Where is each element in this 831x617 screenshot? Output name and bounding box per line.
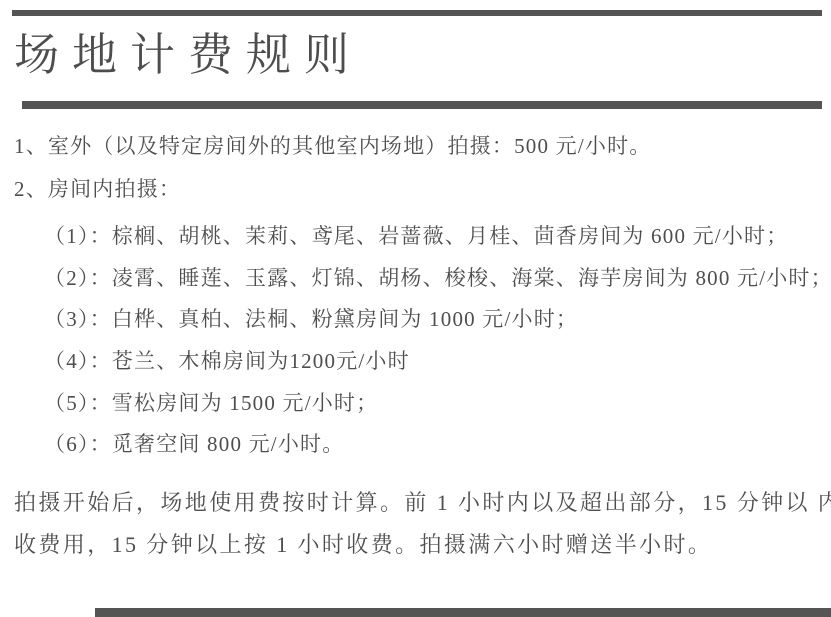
top-divider [12,10,822,16]
pricing-rules-document: 场地计费规则 1、室外（以及特定房间外的其他室内场地）拍摄：500 元/小时。 … [0,0,831,617]
page-title: 场地计费规则 [14,26,362,85]
room-tier-item: （2）：凌霄、睡莲、玉露、灯锦、胡杨、梭梭、海棠、海芋房间为 800 元/小时； [44,266,831,290]
room-tier-item: （4）：苍兰、木棉房间为1200元/小时 [44,349,410,373]
room-tier-item: （3）：白桦、真柏、法桐、粉黛房间为 1000 元/小时； [44,307,578,331]
rule-item-indoor-header: 2、房间内拍摄： [14,177,181,201]
billing-note-line: 拍摄开始后，场地使用费按时计算。前 1 小时内以及超出部分，15 分钟以 内不 [14,490,831,515]
room-tier-item: （5）：雪松房间为 1500 元/小时； [44,391,378,415]
room-tier-item: （6）：觅奢空间 800 元/小时。 [44,432,344,456]
title-underline [22,101,822,109]
billing-note-line: 收费用，15 分钟以上按 1 小时收费。拍摄满六小时赠送半小时。 [14,532,712,557]
rule-item-outdoor: 1、室外（以及特定房间外的其他室内场地）拍摄：500 元/小时。 [14,134,651,158]
bottom-divider [95,608,831,617]
room-tier-item: （1）：棕榈、胡桃、茉莉、鸢尾、岩蔷薇、月桂、茴香房间为 600 元/小时； [44,224,788,248]
